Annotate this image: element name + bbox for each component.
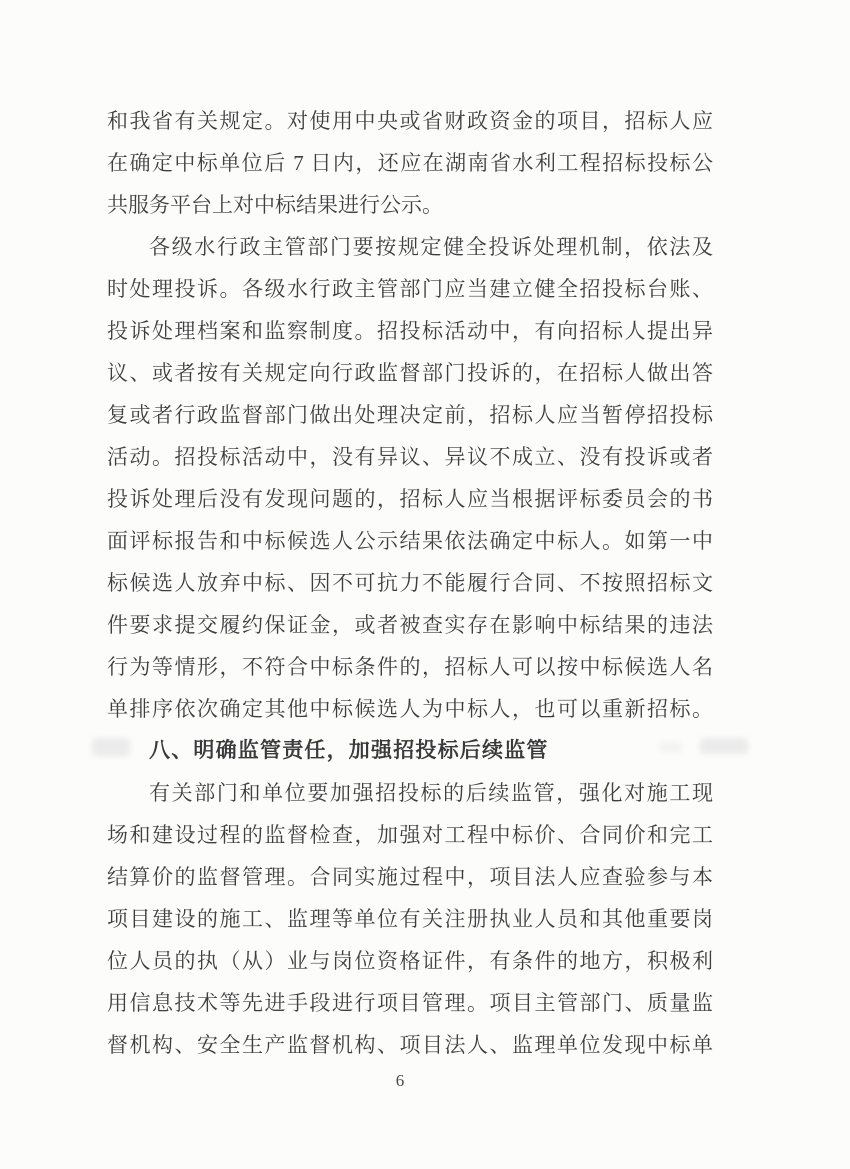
text-line: 各级水行政主管部门要按规定健全投诉处理机制，依法及 [107,226,713,268]
text-line: 有关部门和单位要加强招投标的后续监管，强化对施工现 [107,772,713,814]
text-line: 场和建设过程的监督检查，加强对工程中标价、合同价和完工 [107,814,713,856]
section-heading: 八、明确监管责任，加强招投标后续监管 [107,730,713,772]
text-line: 投诉处理档案和监察制度。招投标活动中，有向招标人提出异 [107,310,713,352]
text-line: 单排序依次确定其他中标候选人为中标人，也可以重新招标。 [107,688,713,730]
text-line: 结算价的监督管理。合同实施过程中，项目法人应查验参与本 [107,856,713,898]
ink-bleed-artifact [92,738,130,756]
text-line: 位人员的执（从）业与岗位资格证件，有条件的地方，积极利 [107,940,713,982]
text-line: 活动。招投标活动中，没有异议、异议不成立、没有投诉或者 [107,436,713,478]
page-number: 6 [0,1071,800,1091]
text-block: 和我省有关规定。对使用中央或省财政资金的项目，招标人应在确定中标单位后 7 日内… [107,100,713,1066]
text-line: 在确定中标单位后 7 日内，还应在湖南省水利工程招标投标公 [107,142,713,184]
ink-bleed-artifact [700,738,748,754]
text-line: 投诉处理后没有发现问题的，招标人应当根据评标委员会的书 [107,478,713,520]
text-line: 面评标报告和中标候选人公示结果依法确定中标人。如第一中 [107,520,713,562]
ink-bleed-artifact [660,742,682,752]
text-line: 时处理投诉。各级水行政主管部门应当建立健全招投标台账、 [107,268,713,310]
text-line: 项目建设的施工、监理等单位有关注册执业人员和其他重要岗 [107,898,713,940]
text-line: 用信息技术等先进手段进行项目管理。项目主管部门、质量监 [107,982,713,1024]
text-line: 件要求提交履约保证金，或者被查实存在影响中标结果的违法 [107,604,713,646]
text-line: 督机构、安全生产监督机构、项目法人、监理单位发现中标单 [107,1024,713,1066]
text-line: 复或者行政监督部门做出处理决定前，招标人应当暂停招投标 [107,394,713,436]
text-line: 共服务平台上对中标结果进行公示。 [107,184,713,226]
text-line: 和我省有关规定。对使用中央或省财政资金的项目，招标人应 [107,100,713,142]
text-line: 标候选人放弃中标、因不可抗力不能履行合同、不按照招标文 [107,562,713,604]
text-line: 议、或者按有关规定向行政监督部门投诉的，在招标人做出答 [107,352,713,394]
document-page: 和我省有关规定。对使用中央或省财政资金的项目，招标人应在确定中标单位后 7 日内… [0,0,850,1169]
text-line: 行为等情形，不符合中标条件的，招标人可以按中标候选人名 [107,646,713,688]
